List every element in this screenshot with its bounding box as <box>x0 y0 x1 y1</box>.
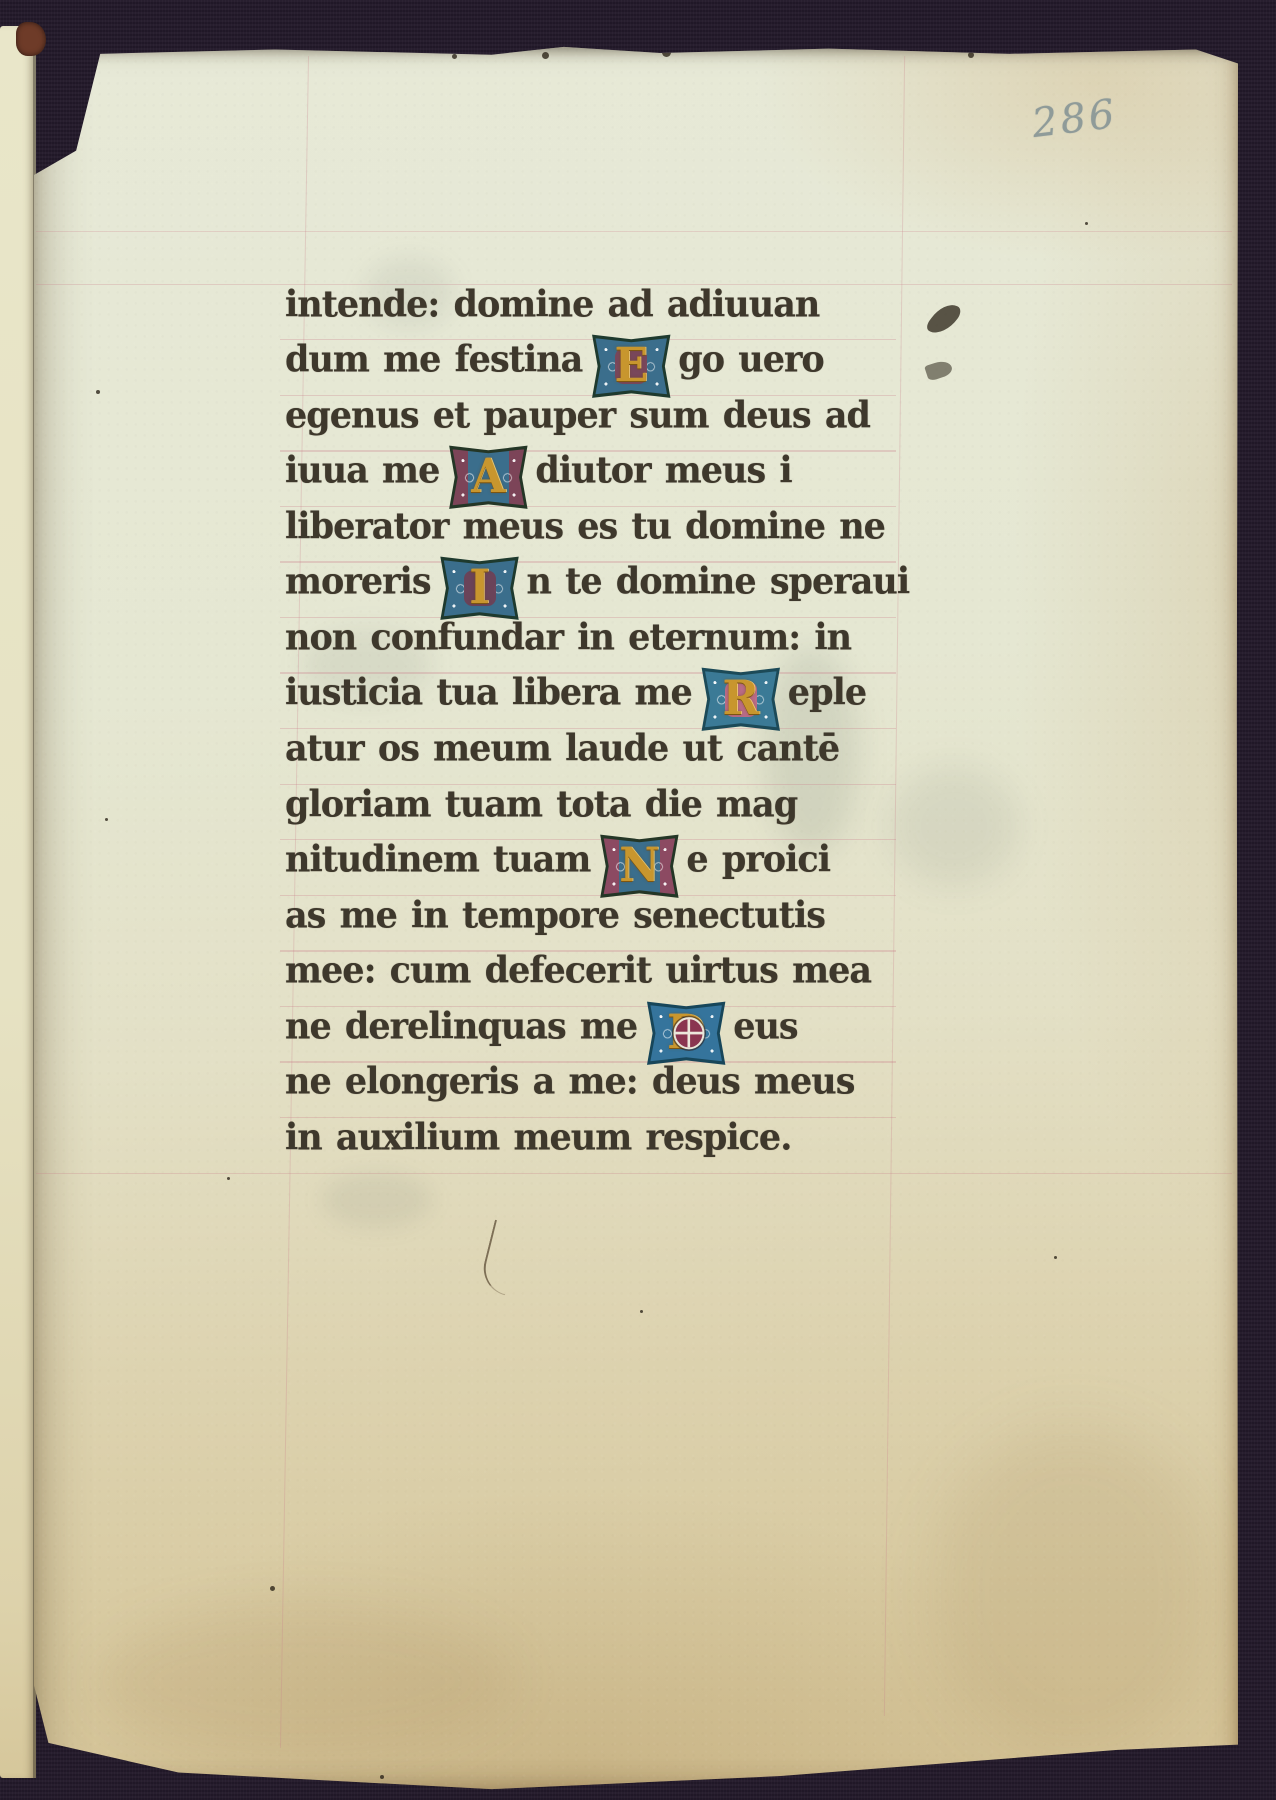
text-line-16: in auxilium meum respice. <box>285 1105 945 1163</box>
ink-speck <box>968 52 974 58</box>
text-line-3: egenus et pauper sum deus ad <box>285 382 945 440</box>
text-line-14: ne derelinquas meDeus <box>285 994 945 1052</box>
parchment-stain <box>934 1426 1214 1756</box>
line-text: mee: cum defecerit uirtus mea <box>285 947 871 996</box>
line-text: liberator meus es tu domine ne <box>285 503 885 552</box>
ink-speck <box>270 1586 275 1591</box>
underlying-page-edge <box>0 26 36 1778</box>
line-text: intende: domine ad adiuuan <box>285 281 819 330</box>
ink-speck <box>1054 1256 1057 1259</box>
text-line-9: atur os meum laude ut cantē <box>285 716 945 774</box>
ruling-line-horizontal <box>36 231 1232 232</box>
line-text: ne elongeris a me: deus meus <box>285 1059 854 1108</box>
text-line-12: as me in tempore senectutis <box>285 883 945 941</box>
line-text-before-initial: iuua me <box>285 447 439 496</box>
ink-speck <box>452 54 457 59</box>
line-text-after-initial: eple <box>788 670 866 719</box>
line-text-after-initial: n te domine speraui <box>527 558 910 607</box>
line-text-after-initial: diutor meus i <box>535 447 791 496</box>
ink-speck <box>96 390 100 394</box>
ink-speck <box>380 1775 384 1779</box>
line-text: atur os meum laude ut cantē <box>285 725 839 774</box>
line-text-before-initial: dum me festina <box>285 336 582 385</box>
ink-speck <box>105 818 108 821</box>
line-text-after-initial: e proici <box>686 836 830 885</box>
manuscript-photo: intende: domine ad adiuuandum me festina… <box>0 0 1276 1800</box>
parchment-stain <box>94 1606 514 1756</box>
binding-leather-corner <box>16 22 46 56</box>
text-line-10: gloriam tuam tota die mag <box>285 771 945 829</box>
text-line-1: intende: domine ad adiuuan <box>285 271 945 329</box>
initial-cross-medallion <box>673 1017 704 1049</box>
line-text-before-initial: ne derelinquas me <box>285 1003 637 1052</box>
text-line-7: non confundar in eternum: in <box>285 605 945 663</box>
text-line-11: nitudinem tuamNe proici <box>285 827 945 885</box>
text-line-8: iusticia tua libera meReple <box>285 660 945 718</box>
ink-speck <box>640 1310 643 1313</box>
line-text: as me in tempore senectutis <box>285 892 825 941</box>
line-text: non confundar in eternum: in <box>285 614 851 663</box>
text-line-13: mee: cum defecerit uirtus mea <box>285 938 945 996</box>
text-line-15: ne elongeris a me: deus meus <box>285 1049 945 1107</box>
line-text: gloriam tuam tota die mag <box>285 781 797 830</box>
parchment-stain <box>322 1172 432 1228</box>
text-line-2: dum me festinaEgo uero <box>285 327 945 385</box>
line-text-before-initial: nitudinem tuam <box>285 836 590 885</box>
line-text: in auxilium meum respice. <box>285 1114 791 1163</box>
ink-speck <box>227 1177 230 1180</box>
text-line-5: liberator meus es tu domine ne <box>285 494 945 552</box>
line-text-after-initial: go uero <box>678 336 824 385</box>
line-text-before-initial: iusticia tua libera me <box>285 670 692 719</box>
line-text-before-initial: moreris <box>285 558 431 607</box>
manuscript-page: intende: domine ad adiuuandum me festina… <box>34 46 1238 1790</box>
text-line-4: iuua meAdiutor meus i <box>285 438 945 496</box>
line-text: egenus et pauper sum deus ad <box>285 392 870 441</box>
line-text-after-initial: eus <box>733 1003 797 1052</box>
ruling-line-horizontal <box>36 1173 1232 1174</box>
ink-speck <box>1085 222 1088 225</box>
text-line-6: morerisIn te domine speraui <box>285 549 945 607</box>
ink-speck <box>542 52 549 59</box>
